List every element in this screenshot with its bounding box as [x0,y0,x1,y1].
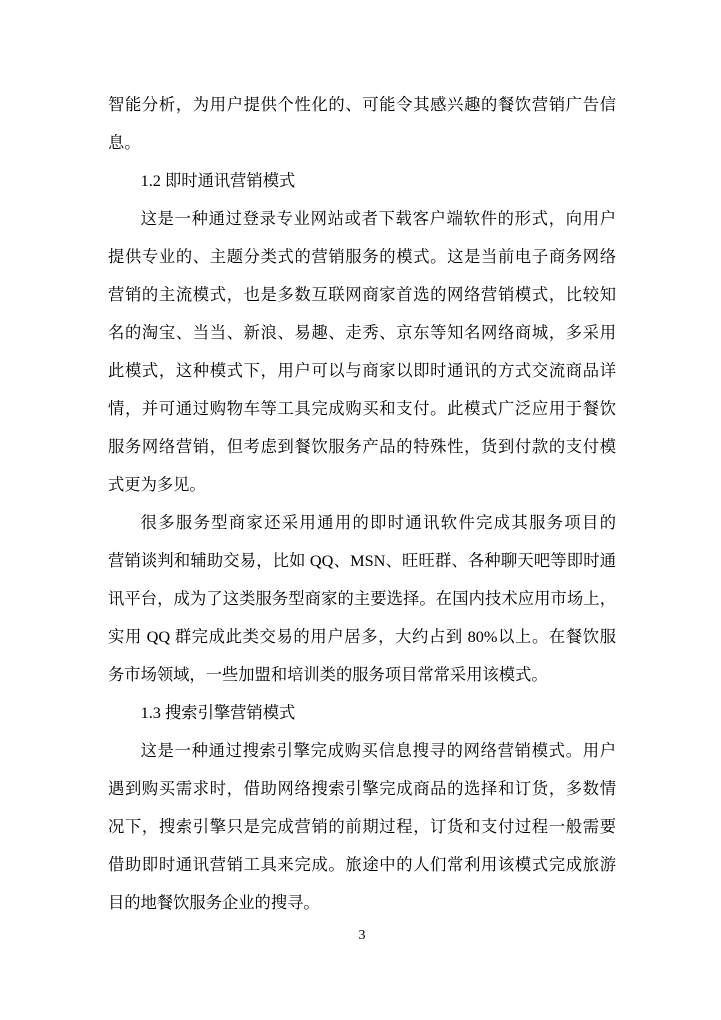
text-line: 服务网络营销，但考虑到餐饮服务产品的特殊性，货到付款的支付模 [108,428,616,466]
text-line: 这是一种通过登录专业网站或者下载客户端软件的形式，向用户 [108,200,616,238]
heading-line: 1.3 搜索引擎营销模式 [108,694,616,732]
text-line: 提供专业的、主题分类式的营销服务的模式。这是当前电子商务网络 [108,238,616,276]
text-line: 息。 [108,124,616,162]
page-number: 3 [108,926,616,946]
text-line: 情，并可通过购物车等工具完成购买和支付。此模式广泛应用于餐饮 [108,390,616,428]
text-line: 目的地餐饮服务企业的搜寻。 [108,884,616,922]
text-line: 这是一种通过搜索引擎完成购买信息搜寻的网络营销模式。用户 [108,732,616,770]
text-line: 借助即时通讯营销工具来完成。旅途中的人们常利用该模式完成旅游 [108,846,616,884]
text-line: 实用 QQ 群完成此类交易的用户居多，大约占到 80%以上。在餐饮服 [108,618,616,656]
text-line: 营销的主流模式，也是多数互联网商家首选的网络营销模式，比较知 [108,276,616,314]
text-line: 况下，搜索引擎只是完成营销的前期过程，订货和支付过程一般需要 [108,808,616,846]
document-body: 智能分析，为用户提供个性化的、可能令其感兴趣的餐饮营销广告信息。1.2 即时通讯… [108,86,616,922]
document-page: 智能分析，为用户提供个性化的、可能令其感兴趣的餐饮营销广告信息。1.2 即时通讯… [0,0,721,1020]
text-line: 很多服务型商家还采用通用的即时通讯软件完成其服务项目的 [108,504,616,542]
text-line: 式更为多见。 [108,466,616,504]
heading-line: 1.2 即时通讯营销模式 [108,162,616,200]
text-line: 名的淘宝、当当、新浪、易趣、走秀、京东等知名网络商城，多采用 [108,314,616,352]
text-line: 讯平台，成为了这类服务型商家的主要选择。在国内技术应用市场上， [108,580,616,618]
text-line: 遇到购买需求时，借助网络搜索引擎完成商品的选择和订货，多数情 [108,770,616,808]
text-line: 务市场领域，一些加盟和培训类的服务项目常常采用该模式。 [108,656,616,694]
text-line: 智能分析，为用户提供个性化的、可能令其感兴趣的餐饮营销广告信 [108,86,616,124]
text-line: 营销谈判和辅助交易，比如 QQ、MSN、旺旺群、各种聊天吧等即时通 [108,542,616,580]
text-line: 此模式，这种模式下，用户可以与商家以即时通讯的方式交流商品详 [108,352,616,390]
